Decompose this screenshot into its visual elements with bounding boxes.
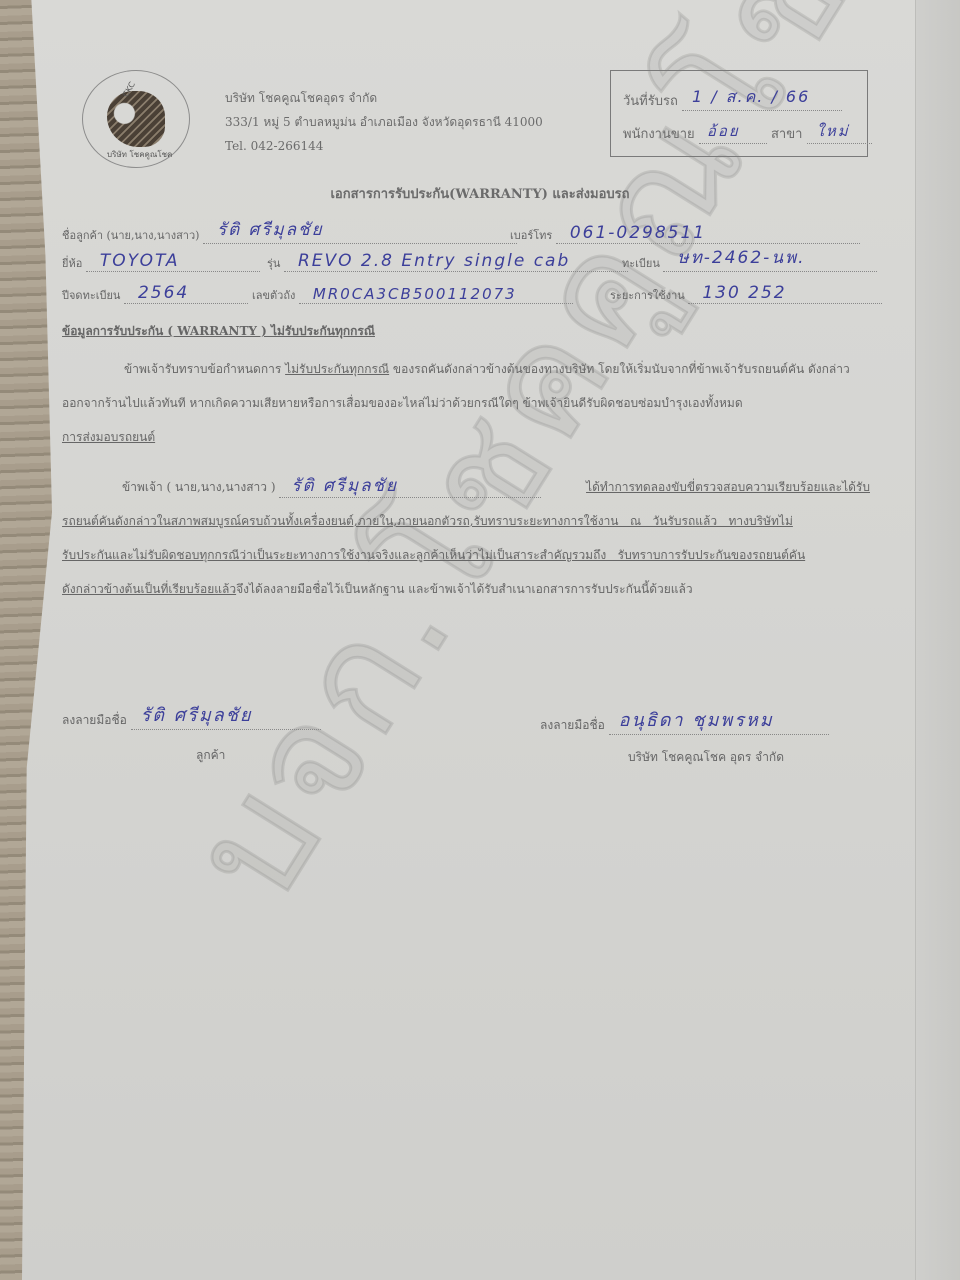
ack-prefix: ข้าพเจ้า ( นาย,นาง,นางสาว )	[122, 480, 276, 494]
model-label: รุ่น	[267, 257, 280, 270]
receipt-box: วันที่รับรถ 1 / ส.ค. / 66 พนักงานขาย อ้อ…	[610, 70, 868, 157]
brand-value[interactable]: TOYOTA	[86, 251, 260, 272]
receive-date-row: วันที่รับรถ 1 / ส.ค. / 66	[623, 85, 842, 111]
acknowledgement-line1: ข้าพเจ้า ( นาย,นาง,นางสาว ) รัติ ศรีมุลช…	[62, 470, 870, 504]
mileage-value[interactable]: 130 252	[688, 283, 882, 304]
document-title: เอกสารการรับประกัน(WARRANTY) และส่งมอบรถ	[0, 183, 960, 204]
company-name: บริษัท โชคคูณโชคอุดร จำกัด	[225, 86, 543, 110]
plate-field: ทะเบียน ษท-2462-นพ.	[622, 244, 877, 272]
company-address: 333/1 หมู่ 5 ตำบลหมูม่น อำเภอเมือง จังหว…	[225, 110, 543, 134]
reg-year-field: ปีจดทะเบียน 2564	[62, 283, 248, 304]
vehicle-row: ยี่ห้อ TOYOTA รุ่น REVO 2.8 Entry single…	[62, 246, 867, 272]
receive-date-label: วันที่รับรถ	[623, 94, 678, 109]
company-tel: Tel. 042-266144	[225, 134, 543, 158]
customer-value[interactable]: รัติ ศรีมุลชัย	[203, 216, 517, 244]
ack-line4-rest: จึงได้ลงลายมือชื่อไว้เป็นหลักฐาน และข้าพ…	[236, 582, 693, 596]
logo-text-bottom: บริษัท โชคคูณโชค	[107, 148, 172, 161]
reg-year-value[interactable]: 2564	[124, 283, 248, 304]
model-field: รุ่น REVO 2.8 Entry single cab	[267, 251, 628, 272]
phone-label: เบอร์โทร	[510, 229, 552, 242]
company-caption: บริษัท โชคคูณโชค อุดร จำกัด	[628, 748, 784, 767]
chassis-label: เลขตัวถัง	[252, 289, 295, 302]
brand-label: ยี่ห้อ	[62, 257, 82, 270]
sales-label: พนักงานขาย	[623, 127, 695, 142]
horse-logo-icon	[107, 91, 165, 147]
delivery-heading: การส่งมอบรถยนต์	[62, 420, 870, 454]
sales-value[interactable]: อ้อย	[699, 119, 767, 144]
company-signature-row: ลงลายมือชื่อ อนุธิดา ชุมพรหม	[540, 705, 829, 735]
customer-label: ชื่อลูกค้า (นาย,นาง,นางสาว)	[62, 229, 199, 242]
ack-line4-underlined: ดังกล่าวข้างต้นเป็นที่เรียบร้อยแล้ว	[62, 582, 236, 596]
sales-row: พนักงานขาย อ้อย สาขา ใหม่	[623, 119, 872, 144]
warranty-heading: ข้อมูลการรับประกัน ( WARRANTY ) ไม่รับปร…	[62, 322, 375, 341]
mileage-label: ระยะการใช้งาน	[610, 289, 685, 302]
company-info: บริษัท โชคคูณโชคอุดร จำกัด 333/1 หมู่ 5 …	[225, 86, 543, 158]
customer-field: ชื่อลูกค้า (นาย,นาง,นางสาว) รัติ ศรีมุลช…	[62, 216, 517, 244]
warranty-paragraph: ข้าพเจ้ารับทราบข้อกำหนดการ ไม่รับประกันท…	[62, 352, 870, 420]
chassis-field: เลขตัวถัง MR0CA3CB500112073	[252, 285, 573, 304]
mileage-field: ระยะการใช้งาน 130 252	[610, 283, 882, 304]
ack-name-value[interactable]: รัติ ศรีมุลชัย	[279, 475, 541, 498]
acknowledgement-line2: รถยนต์คันดังกล่าวในสภาพสมบูรณ์ครบถ้วนทั้…	[62, 504, 870, 538]
phone-value[interactable]: 061-0298511	[556, 223, 860, 244]
company-signature[interactable]: อนุธิดา ชุมพรหม	[609, 705, 829, 735]
branch-label: สาขา	[771, 127, 802, 142]
plate-label: ทะเบียน	[622, 257, 660, 270]
customer-signature-row: ลงลายมือชื่อ รัติ ศรีมุลชัย	[62, 700, 321, 730]
chassis-value[interactable]: MR0CA3CB500112073	[299, 285, 573, 304]
registration-row: ปีจดทะเบียน 2564 เลขตัวถัง MR0CA3CB50011…	[62, 278, 867, 304]
brand-field: ยี่ห้อ TOYOTA	[62, 251, 260, 272]
customer-signature[interactable]: รัติ ศรีมุลชัย	[131, 700, 321, 730]
acknowledgement-line3: รับประกันและไม่รับผิดชอบทุกกรณีว่าเป็นระ…	[62, 538, 870, 572]
receive-date-value[interactable]: 1 / ส.ค. / 66	[682, 85, 842, 111]
warranty-text-b: ของรถคันดังกล่าวข้างต้นของทางบริษัท โดยใ…	[389, 362, 804, 376]
company-signature-label: ลงลายมือชื่อ	[540, 718, 605, 732]
customer-row: ชื่อลูกค้า (นาย,นาง,นางสาว) รัติ ศรีมุลช…	[62, 218, 867, 244]
no-warranty-emphasis: ไม่รับประกันทุกกรณี	[285, 362, 389, 376]
company-logo: CKC บริษัท โชคคูณโชค	[82, 70, 190, 168]
customer-caption: ลูกค้า	[196, 746, 225, 765]
warranty-text-a: ข้าพเจ้ารับทราบข้อกำหนดการ	[124, 362, 285, 376]
ack-line1-end: ได้ทำการทดลองขับขี่ตรวจสอบความเรียบร้อยแ…	[586, 470, 870, 504]
branch-value[interactable]: ใหม่	[807, 119, 872, 144]
model-value[interactable]: REVO 2.8 Entry single cab	[284, 251, 628, 272]
phone-field: เบอร์โทร 061-0298511	[510, 223, 860, 244]
acknowledgement-line4: ดังกล่าวข้างต้นเป็นที่เรียบร้อยแล้วจึงได…	[62, 572, 870, 606]
customer-signature-label: ลงลายมือชื่อ	[62, 713, 127, 727]
plate-value[interactable]: ษท-2462-นพ.	[663, 244, 877, 272]
reg-year-label: ปีจดทะเบียน	[62, 289, 120, 302]
